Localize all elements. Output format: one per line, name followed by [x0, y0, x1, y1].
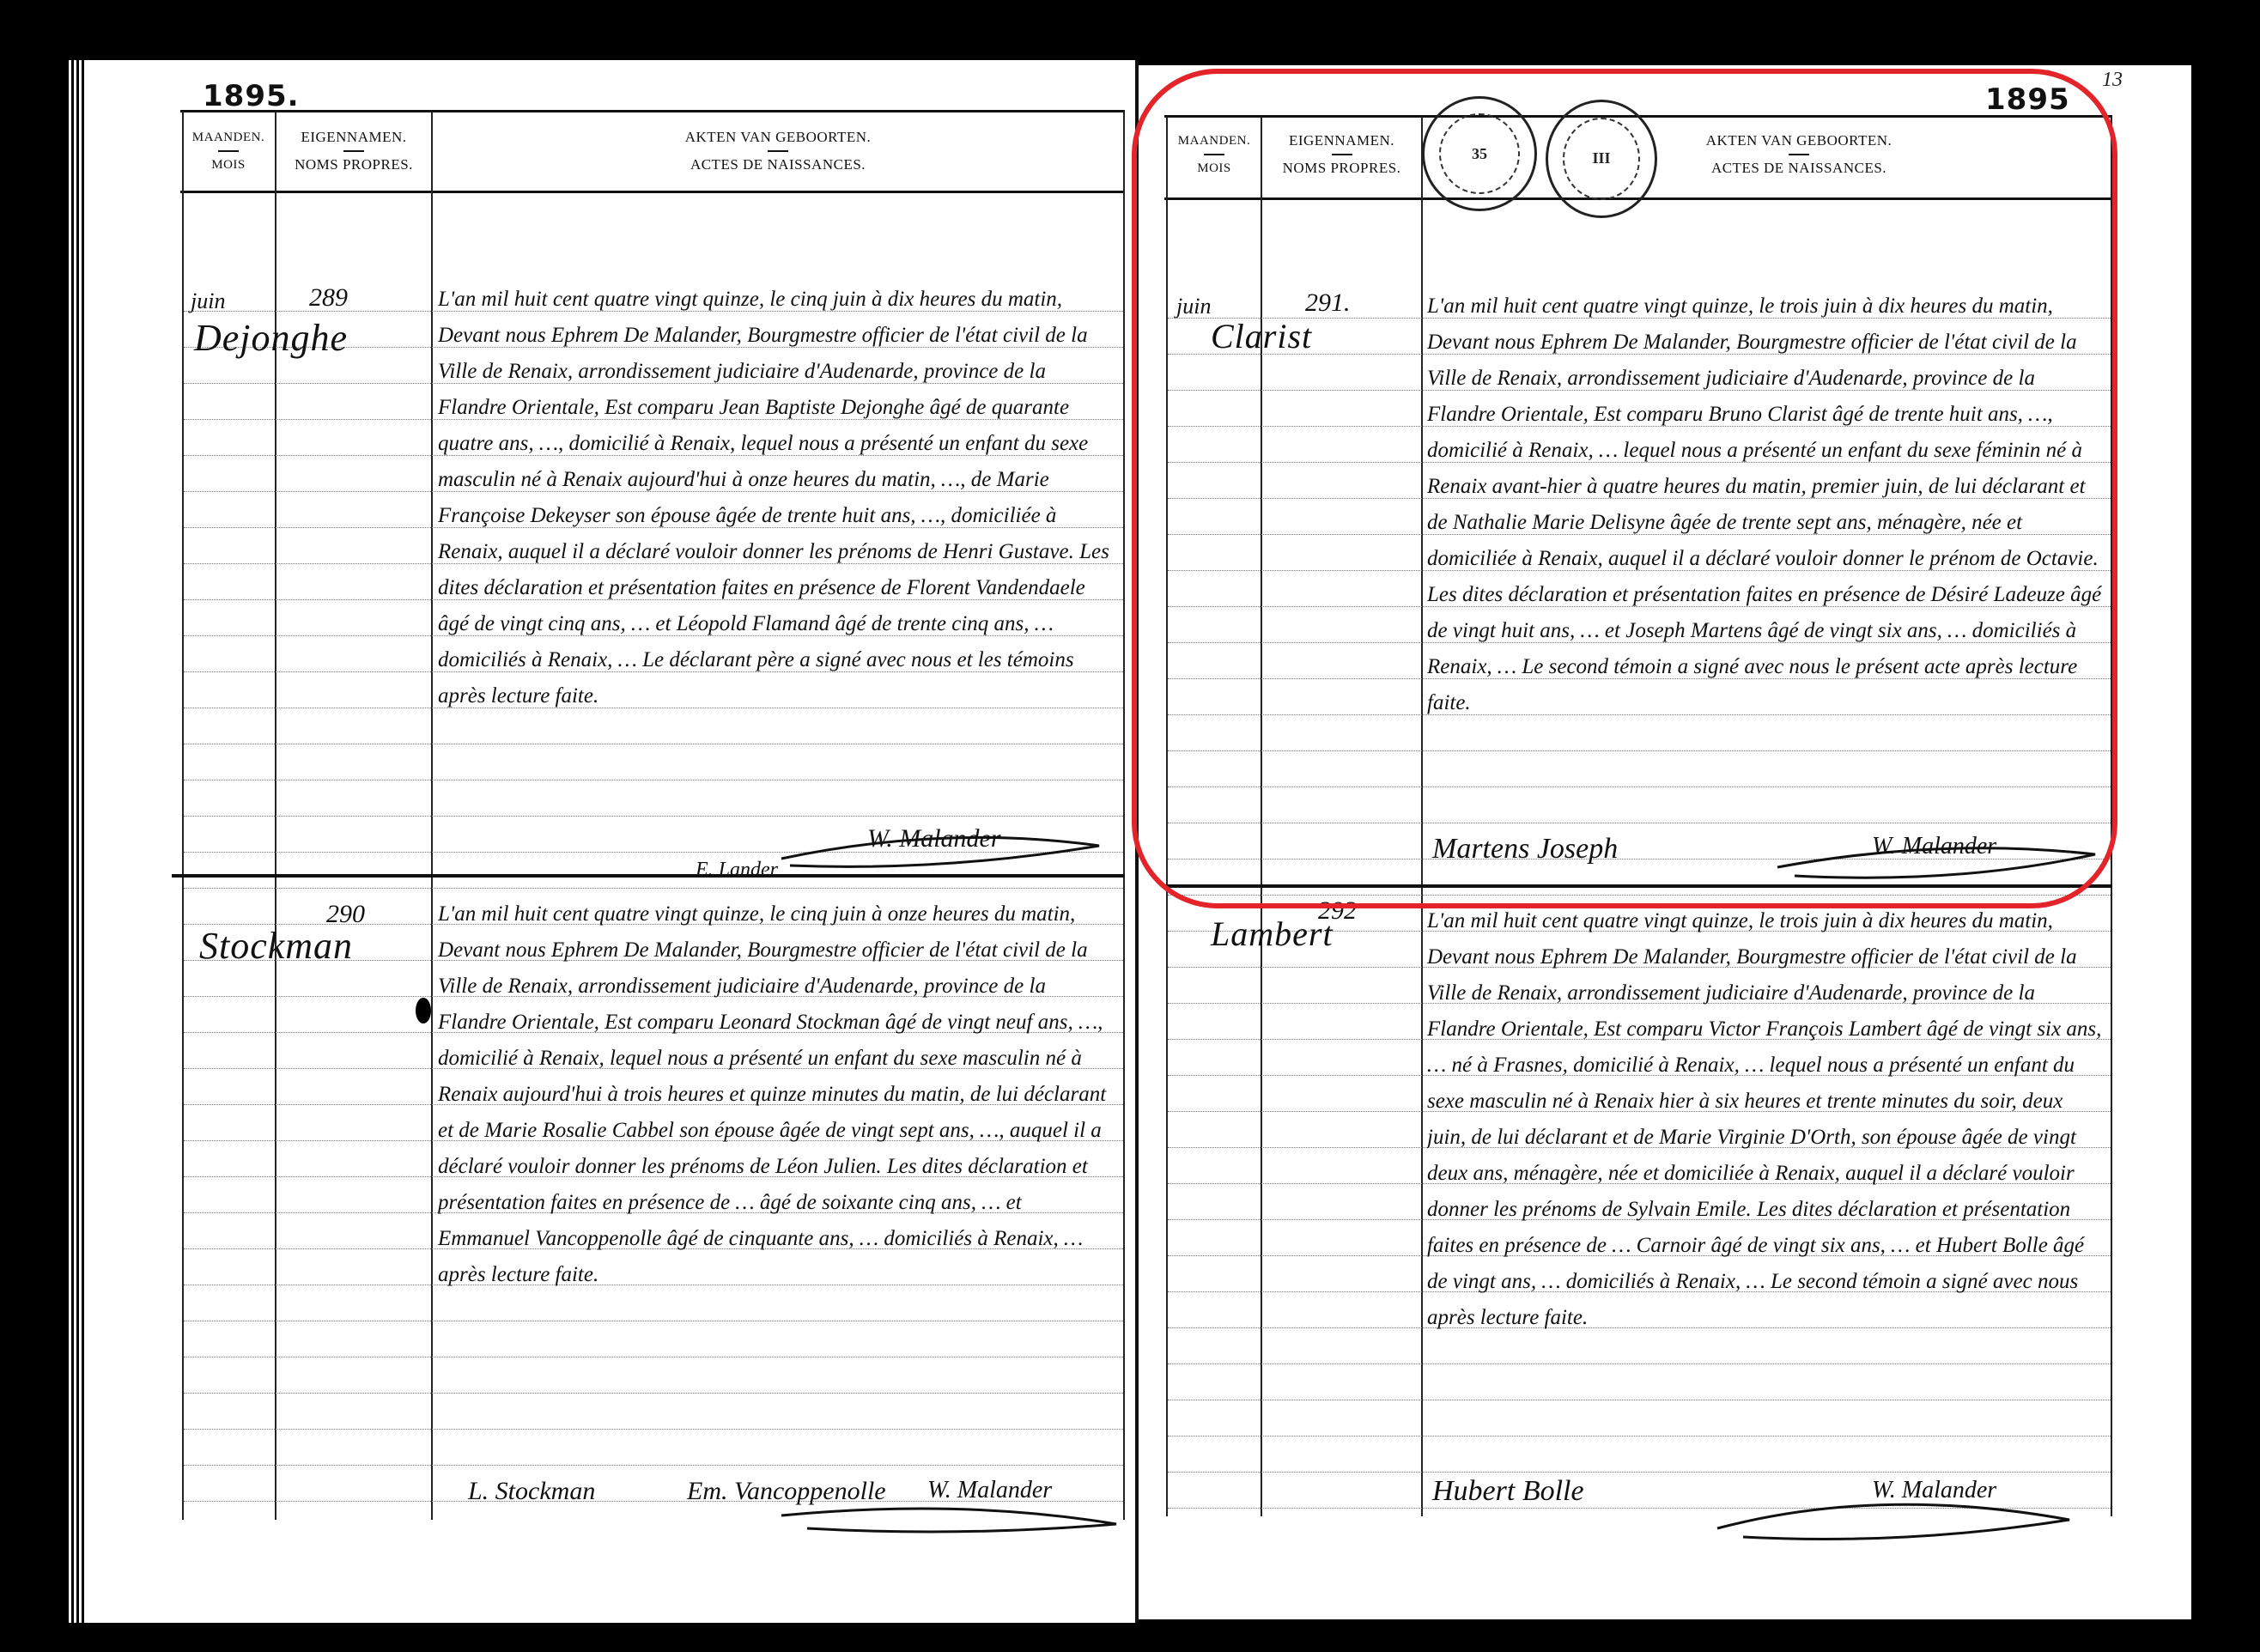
- entry-surname: Lambert: [1211, 914, 1334, 954]
- ruled-line: [1168, 1472, 2111, 1473]
- dimension-stamp-icon: III: [1546, 100, 1657, 218]
- entry-number: 289: [309, 283, 348, 313]
- header-divider: [768, 150, 788, 152]
- header-acts-fr: ACTES DE NAISSANCES.: [1711, 160, 1886, 176]
- signature-flourish-icon: [773, 824, 1116, 876]
- header-names-fr: NOMS PROPRES.: [295, 156, 413, 173]
- header-acts: AKTEN VAN GEBOORTEN. ACTES DE NAISSANCES…: [1657, 132, 1941, 177]
- entry-surname: Dejonghe: [194, 316, 348, 360]
- page-number: 13: [2102, 69, 2123, 92]
- entry-body: L'an mil huit cent quatre vingt quinze, …: [1427, 288, 2105, 829]
- tax-stamp-icon: 35: [1422, 96, 1537, 211]
- col-border: [2111, 117, 2112, 1516]
- col-border: [1421, 117, 1423, 1516]
- entry-month: juin: [1176, 294, 1211, 319]
- signature: Hubert Bolle: [1432, 1475, 1584, 1508]
- header-month-fr: MOIS: [1197, 161, 1231, 175]
- entry-body: L'an mil huit cent quatre vingt quinze, …: [1427, 903, 2105, 1470]
- col-border: [1166, 117, 1168, 1516]
- header-acts-nl: AKTEN VAN GEBOORTEN.: [685, 129, 872, 145]
- entry-surname: Stockman: [199, 924, 353, 968]
- header-names: EIGENNAMEN. NOMS PROPRES.: [276, 129, 431, 173]
- ink-blot: [416, 998, 431, 1023]
- header-bottom-rule: [180, 191, 1125, 193]
- year-label-left: 1895.: [203, 79, 300, 113]
- ruled-line: [184, 888, 1123, 889]
- signature: Martens Joseph: [1432, 833, 1618, 865]
- entry-surname: Clarist: [1211, 316, 1312, 356]
- header-names-nl: EIGENNAMEN.: [1289, 132, 1394, 149]
- entry-body: L'an mil huit cent quatre vingt quinze, …: [438, 282, 1116, 859]
- stamp-center: 35: [1439, 113, 1520, 194]
- entry-number: 291.: [1305, 288, 1351, 318]
- signature-flourish-icon: [1709, 1485, 2087, 1554]
- header-month: MAANDEN. MOIS: [1168, 132, 1261, 177]
- header-divider: [1204, 154, 1224, 155]
- header-acts: AKTEN VAN GEBOORTEN. ACTES DE NAISSANCES…: [433, 129, 1123, 173]
- header-divider: [1789, 154, 1809, 155]
- year-label-right: 1895: [1985, 82, 2070, 117]
- entry-month: juin: [191, 288, 225, 314]
- header-acts-fr: ACTES DE NAISSANCES.: [690, 156, 866, 173]
- entry-body: L'an mil huit cent quatre vingt quinze, …: [438, 896, 1116, 1473]
- signature-flourish-icon: [773, 1490, 1133, 1550]
- header-month: MAANDEN. MOIS: [184, 129, 273, 173]
- col-border: [1123, 112, 1125, 1520]
- signature: E. Lander: [696, 859, 778, 882]
- table-top-rule: [180, 110, 1125, 112]
- stamp-center: III: [1563, 118, 1641, 200]
- ruled-line: [1168, 895, 2111, 896]
- header-month-fr: MOIS: [211, 158, 246, 172]
- header-month-nl: MAANDEN.: [192, 131, 264, 144]
- header-divider: [1332, 154, 1352, 155]
- header-names-fr: NOMS PROPRES.: [1283, 160, 1401, 176]
- signature: L. Stockman: [468, 1477, 595, 1506]
- header-names: EIGENNAMEN. NOMS PROPRES.: [1262, 132, 1421, 177]
- header-names-nl: EIGENNAMEN.: [301, 129, 406, 145]
- header-month-nl: MAANDEN.: [1178, 134, 1250, 148]
- header-divider: [343, 150, 364, 152]
- signature-flourish-icon: [1769, 833, 2112, 893]
- header-acts-nl: AKTEN VAN GEBOORTEN.: [1706, 132, 1892, 149]
- header-divider: [218, 150, 239, 152]
